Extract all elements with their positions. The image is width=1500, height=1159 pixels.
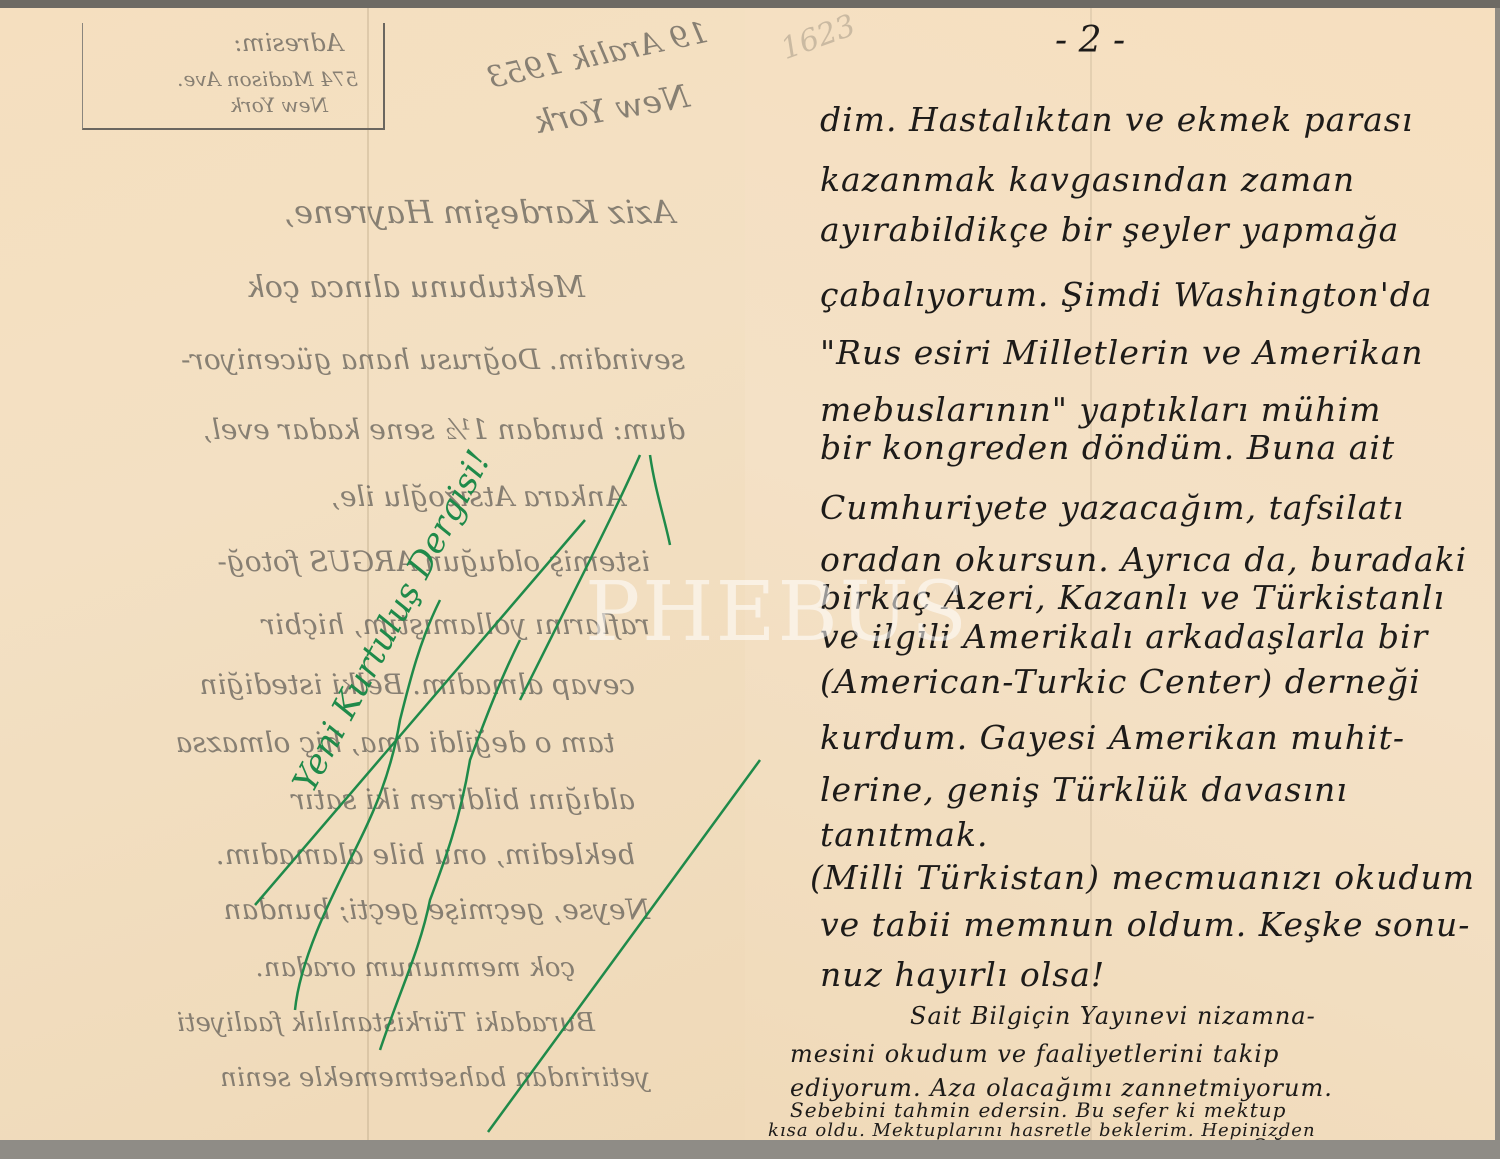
right-line: (American-Turkic Center) derneği	[820, 662, 1421, 701]
right-line: "Rus esiri Milletlerin ve Amerikan	[820, 333, 1424, 372]
address-label: Adresim:	[234, 29, 343, 57]
right-line: mesini okudum ve faaliyetlerini takip	[790, 1040, 1279, 1068]
left-line: Buradaki Türkistanlılık faaliyeti	[177, 1008, 595, 1038]
salutation: Aziz Kardeşim Hayrene,	[284, 193, 675, 231]
left-line: bekledim, onu bile alamadım.	[216, 838, 635, 871]
right-line: lerine, geniş Türklük davasını	[820, 770, 1348, 809]
scan-top-border	[0, 0, 1500, 8]
address-line-2: New York	[230, 93, 328, 117]
scanned-letter: 19 Aralık 1953 New York Adresim: 574 Mad…	[0, 0, 1500, 1159]
left-line: Mektubunu alınca çok	[247, 270, 585, 305]
left-line: sevindim. Doğrusu hana güceniyor-	[181, 343, 685, 376]
left-line: raflarını yollamıştım, hiçbir	[262, 608, 650, 641]
scan-bottom-border	[0, 1140, 1500, 1159]
right-line: kazanmak kavgasından zaman	[820, 160, 1355, 199]
left-line: dum: bundan 1½ sene kadar evel,	[203, 413, 685, 446]
right-line: Sebebini tahmin edersin. Bu sefer ki mek…	[790, 1098, 1286, 1122]
letter-place: New York	[531, 77, 692, 142]
left-line: Neyse, geçmişe geçti; bundan	[223, 893, 650, 926]
right-line: dim. Hastalıktan ve ekmek parası	[820, 100, 1413, 139]
right-line: bir kongreden döndüm. Buna ait	[820, 428, 1395, 467]
right-line: oradan okursun. Ayrıca da, buradaki	[820, 540, 1467, 579]
left-line: aldığını bildiren iki satır	[292, 783, 635, 816]
address-box: Adresim: 574 Madison Ave. New York	[82, 23, 385, 130]
right-line: çabalıyorum. Şimdi Washington'da	[820, 275, 1433, 314]
left-line: yetirindan bahsetmemekle senin	[220, 1063, 650, 1093]
right-line: Cumhuriyete yazacağım, tafsilatı	[820, 488, 1404, 527]
left-line: tam o değildi ama, hiç olmazsa	[176, 726, 615, 759]
right-line: Sait Bilgiçin Yayınevi nizamna-	[910, 1002, 1316, 1030]
right-line: ve ilgili Amerikalı arkadaşlarla bir	[820, 617, 1428, 656]
left-line: çok memnunum oradan.	[255, 953, 575, 983]
right-line: ayırabildikçe bir şeyler yapmağa	[820, 210, 1399, 249]
left-line: cevap almadım. Belki istediğin	[199, 668, 635, 701]
right-line: birkaç Azeri, Kazanlı ve Türkistanlı	[820, 578, 1445, 617]
right-line: ve tabii memnun oldum. Keşke sonu-	[820, 905, 1470, 944]
right-line: tanıtmak.	[820, 815, 988, 854]
page-number: - 2 -	[1055, 20, 1125, 61]
left-page-mirrored-text: 19 Aralık 1953 New York Adresim: 574 Mad…	[0, 8, 745, 1140]
right-line: (Milli Türkistan) mecmuanızı okudum	[810, 858, 1475, 897]
address-line-1: 574 Madison Ave.	[177, 67, 358, 91]
right-line: nuz hayırlı olsa!	[820, 955, 1105, 994]
right-line: kurdum. Gayesi Amerikan muhit-	[820, 718, 1405, 757]
right-line: mebuslarının" yaptıkları mühim	[820, 390, 1381, 429]
